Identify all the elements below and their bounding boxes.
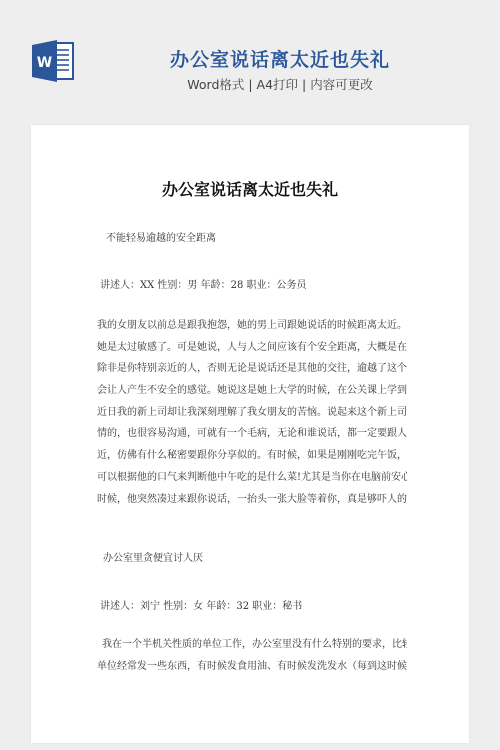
- header-title: 办公室说话离太近也失礼: [130, 45, 430, 72]
- section2-narrator: 讲述人：刘宁 性别：女 年龄：32 职业：秘书: [100, 597, 302, 612]
- paragraph-line: 情的，也很容易沟通，可就有一个毛病，无论和谁说话，都一定要跟人凑得特别: [97, 423, 407, 445]
- paragraph-line: 近，仿佛有什么秘密要跟你分享似的。有时候，如果是刚刚吃完午饭，我简直都: [97, 445, 407, 467]
- header: W 办公室说话离太近也失礼 Word格式 | A4打印 | 内容可更改: [0, 0, 500, 120]
- section1-narrator: 讲述人：XX 性别：男 年龄：28 职业：公务员: [100, 276, 307, 291]
- paragraph-line: 可以根据他的口气来判断他中午吃的是什么菜!尤其是当你在电脑前安心工作的: [97, 467, 407, 489]
- section2-heading: 办公室里贪便宜讨人厌: [103, 549, 203, 564]
- paragraph-line: 时候，他突然凑过来跟你说话，一抬头一张大脸等着你，真是够吓人的!: [97, 489, 407, 511]
- section1-paragraph: 我的女朋友以前总是跟我抱怨，她的男上司跟她说话的时候距离太近。我还认为 她是太过…: [97, 315, 407, 510]
- section1-heading: 不能轻易逾越的安全距离: [106, 229, 216, 244]
- paragraph-line: 我的女朋友以前总是跟我抱怨，她的男上司跟她说话的时候距离太近。我还认为: [97, 315, 407, 337]
- document-title: 办公室说话离太近也失礼: [31, 177, 469, 200]
- paragraph-line: 单位经常发一些东西，有时候发食用油、有时候发洗发水（每到这时候，办公室: [97, 656, 407, 678]
- paragraph-line: 近日我的新上司却让我深刻理解了我女朋友的苦恼。说起来这个新上司人是很热: [97, 402, 407, 424]
- paragraph-line: 她是太过敏感了。可是她说，人与人之间应该有个安全距离，大概是在 1 米左右。: [97, 337, 407, 359]
- svg-text:W: W: [37, 55, 52, 71]
- word-doc-icon: W: [32, 40, 76, 82]
- header-subtitle: Word格式 | A4打印 | 内容可更改: [130, 75, 430, 93]
- document-page: 办公室说话离太近也失礼 不能轻易逾越的安全距离 讲述人：XX 性别：男 年龄：2…: [31, 125, 469, 743]
- paragraph-line: 会让人产生不安全的感觉。她说这是她上大学的时候，在公关课上学到的。不过，: [97, 380, 407, 402]
- paragraph-line: 除非是你特别亲近的人，否则无论是说话还是其他的交往，逾越了这个距离，都: [97, 358, 407, 380]
- paragraph-line: 我在一个半机关性质的单位工作，办公室里没有什么特别的要求，比较松散。: [97, 634, 407, 656]
- section2-paragraph: 我在一个半机关性质的单位工作，办公室里没有什么特别的要求，比较松散。 单位经常发…: [97, 634, 407, 677]
